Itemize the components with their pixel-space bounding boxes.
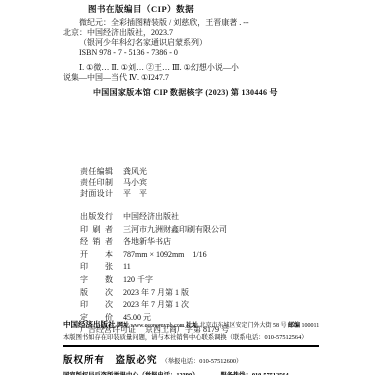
piracy-center-text: 国家版权局反盗版举报中心（举报电话：12390） bbox=[63, 370, 198, 375]
cip-isbn: ISBN 978 - 7 - 5136 - 7386 - 0 bbox=[63, 48, 321, 58]
pub-value: 120 千字 bbox=[123, 274, 153, 287]
cip-record-line1: 微纪元：全彩插图精装版 / 刘慈欣，王晋康著 . -- bbox=[63, 18, 321, 28]
copyright-page: 图书在版编目（CIP）数据 微纪元：全彩插图精装版 / 刘慈欣，王晋康著 . -… bbox=[0, 0, 375, 375]
copyright-line: 版权所有 盗版必究 （举报电话：010-57512600） bbox=[63, 350, 319, 368]
pub-row-impression: 印次 2023 年 7 月第 1 次 bbox=[80, 299, 229, 312]
cip-class-line1: Ⅰ. ①微… Ⅱ. ①刘… ②王… Ⅲ. ①幻想小说—小 bbox=[63, 63, 321, 73]
staff-row-printing: 责任印制 马小宾 bbox=[80, 177, 147, 188]
staff-block: 责任编辑 龚风光 责任印制 马小宾 封面设计 平 平 bbox=[80, 166, 147, 199]
pub-value: 11 bbox=[123, 261, 131, 274]
pub-value: 三河市九洲财鑫印刷有限公司 bbox=[123, 224, 227, 237]
copyright-report-phone: （举报电话：010-57512600） bbox=[162, 358, 243, 365]
staff-value: 马小宾 bbox=[123, 177, 147, 188]
pub-label: 出版发行 bbox=[80, 211, 113, 224]
website-label: 网址 bbox=[117, 323, 129, 329]
pub-value: 787mm × 1092mm 1/16 bbox=[123, 249, 207, 262]
pub-row-format: 开本 787mm × 1092mm 1/16 bbox=[80, 249, 229, 262]
website-url: www.economyph.com bbox=[131, 323, 185, 329]
cip-series-note: （银河少年科幻名家通识启蒙系列） bbox=[63, 38, 321, 48]
postcode-label: 邮编 bbox=[288, 323, 300, 329]
staff-row-editor: 责任编辑 龚风光 bbox=[80, 166, 147, 177]
pub-value: 2023 年 7 月第 1 版 bbox=[123, 287, 189, 300]
service-hotline-text: 服务热线：010-57512564 bbox=[220, 370, 288, 375]
cip-class-line2: 说集—中国—当代 Ⅳ. ①I247.7 bbox=[63, 73, 321, 83]
staff-row-cover-design: 封面设计 平 平 bbox=[80, 188, 147, 199]
address-label: 社址 bbox=[186, 323, 198, 329]
quality-note-line: 本版图书如存在印装质量问题，请与本社销售中心联系调换（联系电话：010-5751… bbox=[63, 332, 319, 341]
cip-block: 图书在版编目（CIP）数据 微纪元：全彩插图精装版 / 刘慈欣，王晋康著 . -… bbox=[63, 4, 321, 98]
anti-piracy-line: 国家版权局反盗版举报中心（举报电话：12390） 服务热线：010-575125… bbox=[63, 370, 319, 375]
copyright-statement: 版权所有 盗版必究 bbox=[63, 356, 158, 366]
cip-registry-number: 中国国家版本馆 CIP 数据核字 (2023) 第 130446 号 bbox=[63, 88, 321, 98]
pub-label: 版次 bbox=[80, 287, 113, 300]
publisher-contact-line: 中国经济出版社 网址 www.economyph.com 社址 北京市东城区安定… bbox=[63, 319, 319, 330]
pub-row-edition: 版次 2023 年 7 月第 1 版 bbox=[80, 287, 229, 300]
pub-value: 中国经济出版社 bbox=[123, 211, 179, 224]
pub-label: 印次 bbox=[80, 299, 113, 312]
pub-label: 字数 bbox=[80, 274, 113, 287]
pub-value: 各地新华书店 bbox=[123, 236, 171, 249]
staff-value: 平 平 bbox=[123, 188, 147, 199]
staff-value: 龚风光 bbox=[123, 166, 147, 177]
staff-label: 责任编辑 bbox=[80, 166, 113, 177]
pub-row-printer: 印刷者 三河市九洲财鑫印刷有限公司 bbox=[80, 224, 229, 237]
spacer bbox=[198, 370, 220, 375]
address-value: 北京市东城区安定门外大街 58 号 bbox=[199, 323, 286, 329]
pub-row-distributor: 经销者 各地新华书店 bbox=[80, 236, 229, 249]
cip-header: 图书在版编目（CIP）数据 bbox=[63, 4, 321, 14]
pub-label: 经销者 bbox=[80, 236, 113, 249]
publisher-name: 中国经济出版社 bbox=[63, 320, 116, 329]
pub-row-publisher: 出版发行 中国经济出版社 bbox=[80, 211, 229, 224]
postcode-value: 100011 bbox=[302, 323, 320, 329]
pub-label: 印刷者 bbox=[80, 224, 113, 237]
cip-record-line2: 北京：中国经济出版社，2023.7 bbox=[63, 28, 321, 38]
footer-block: 中国经济出版社 网址 www.economyph.com 社址 北京市东城区安定… bbox=[63, 319, 319, 375]
pub-row-sheets: 印张 11 bbox=[80, 261, 229, 274]
pub-label: 开本 bbox=[80, 249, 113, 262]
staff-label: 封面设计 bbox=[80, 188, 113, 199]
pub-label: 印张 bbox=[80, 261, 113, 274]
divider-rule bbox=[63, 345, 319, 347]
pub-value: 2023 年 7 月第 1 次 bbox=[123, 299, 189, 312]
staff-label: 责任印制 bbox=[80, 177, 113, 188]
pub-row-wordcount: 字数 120 千字 bbox=[80, 274, 229, 287]
